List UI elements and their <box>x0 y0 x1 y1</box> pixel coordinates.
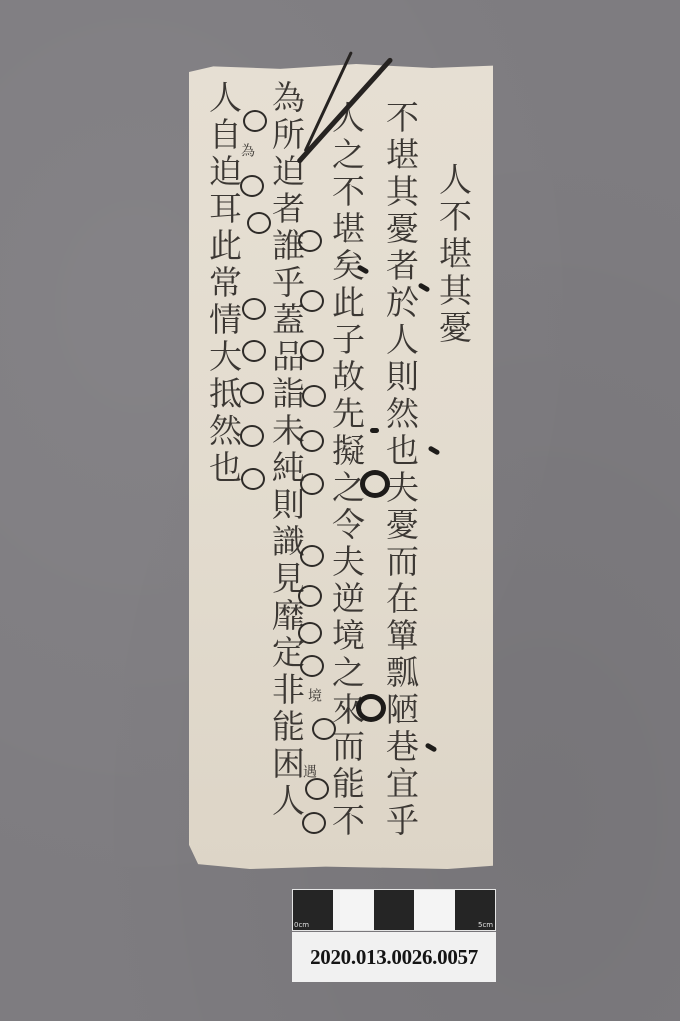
scale-segment-white <box>333 890 373 930</box>
manuscript-column-1: 人不堪其憂 <box>437 162 470 347</box>
scale-end-label: 5cm <box>478 921 493 929</box>
circle-mark <box>300 473 324 495</box>
annotation-note-3: 遇 <box>302 764 316 778</box>
manuscript-column-4: 為所迫者誰乎蓋品詣未純則識見靡定非能困人 <box>270 80 303 820</box>
circle-mark <box>300 340 324 362</box>
circle-mark <box>300 545 324 567</box>
circle-mark-bold <box>360 470 390 498</box>
circle-mark <box>302 812 326 834</box>
circle-mark <box>242 298 266 320</box>
scale-start-label: 0cm <box>294 921 309 929</box>
scale-segment-white <box>414 890 454 930</box>
manuscript-column-5: 人自迫耳此常情大抵然也 <box>207 80 240 487</box>
manuscript-column-2: 不堪其憂者於人則然也夫憂而在簞瓢陋巷宜乎 <box>384 100 417 840</box>
catalog-number-label: 2020.013.0026.0057 <box>292 932 496 982</box>
circle-mark <box>305 778 329 800</box>
circle-mark-bold <box>356 694 386 722</box>
circle-mark <box>298 230 322 252</box>
circle-mark <box>302 385 326 407</box>
circle-mark <box>241 468 265 490</box>
circle-mark <box>240 425 264 447</box>
circle-mark <box>240 382 264 404</box>
scale-bar <box>292 889 496 931</box>
annotation-note-1: 為 <box>240 143 254 157</box>
circle-mark <box>300 290 324 312</box>
circle-mark <box>242 340 266 362</box>
scale-segment-black <box>374 890 414 930</box>
circle-mark <box>300 430 324 452</box>
pause-mark <box>370 428 379 433</box>
circle-mark <box>240 175 264 197</box>
circle-mark <box>300 655 324 677</box>
circle-mark <box>298 622 322 644</box>
circle-mark <box>247 212 271 234</box>
circle-mark <box>243 110 267 132</box>
circle-mark <box>312 718 336 740</box>
annotation-note-2: 境 <box>307 688 321 702</box>
circle-mark <box>298 585 322 607</box>
